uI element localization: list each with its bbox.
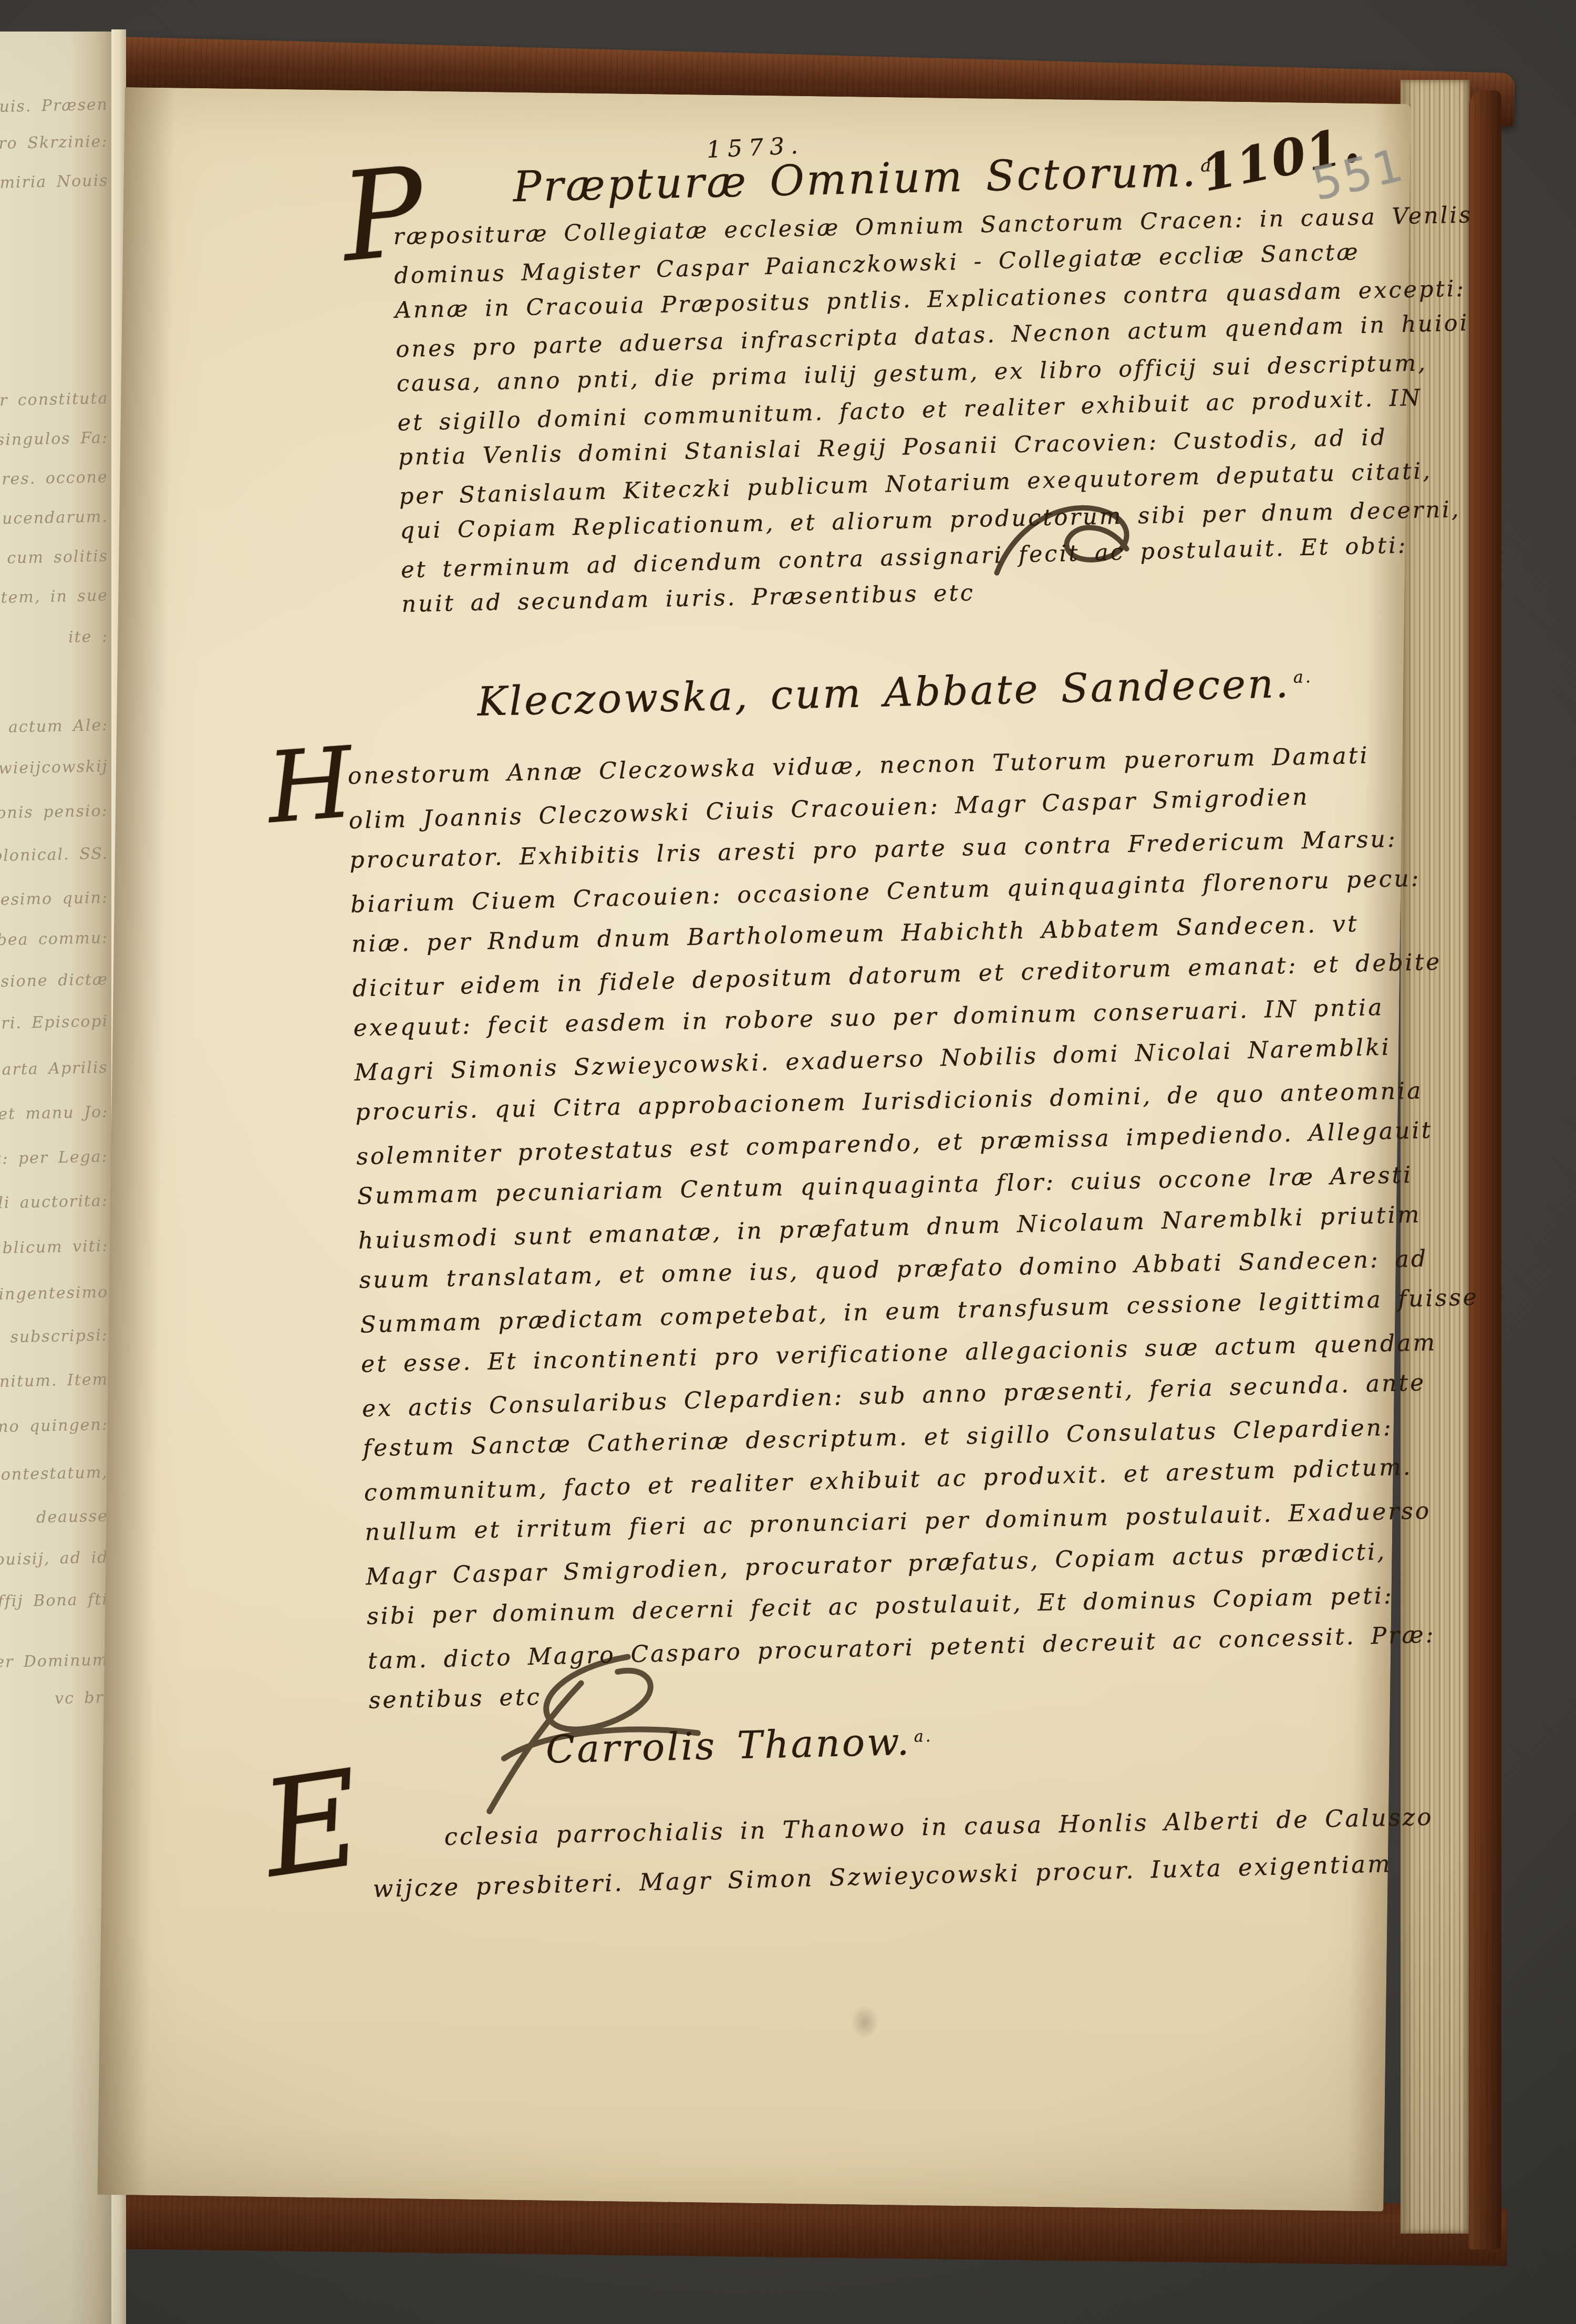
facing-fragment: personaliter constituta <box>0 389 108 412</box>
facing-fragment: deputauis. Præsen <box>0 96 108 118</box>
facing-fragment: millesimo quingentesimo <box>0 1283 108 1306</box>
heading-superscript: a. <box>914 1727 932 1746</box>
facing-fragment: reformacionis pensio: <box>0 802 108 824</box>
facing-fragment: Imperiali auctorita: <box>0 1191 108 1213</box>
facing-fragment: vc br. <box>55 1688 109 1708</box>
entry-heading: Præpturæ Omnium Sctorum.a. <box>512 147 1221 212</box>
entry-heading: Kleczowska, cum Abbate Sandecen.a. <box>477 659 1313 725</box>
facing-fragment: quingentesimo quin: <box>0 888 108 910</box>
facing-page-text: deputauis. PræsenCasparo Skrzinie:à Sand… <box>0 32 111 2324</box>
entry-body: onestorum Annæ Cleczowska viduæ, necnon … <box>347 731 1488 1723</box>
facing-fragment: omnes et singulos Fa: <box>0 429 108 451</box>
facing-fragment: polonical. SS. <box>0 844 108 865</box>
facing-fragment: Simon Swieijcowskij <box>0 757 108 779</box>
entry-body: ræposituræ Collegiatæ ecclesiæ Omnium Sa… <box>393 195 1481 624</box>
facing-fragment: contestatum, <box>0 1464 108 1485</box>
heading-superscript: a. <box>1293 667 1313 687</box>
facing-fragment: die quarta Aprilis <box>0 1059 108 1081</box>
facing-fragment: Casparo Skrzinie: <box>0 132 108 154</box>
facing-fragment: causa deducendarum. <box>0 507 108 530</box>
drop-cap-initial: E <box>257 1767 367 1883</box>
facing-fragment: actum Ale: <box>8 716 108 736</box>
heading-superscript: a. <box>1200 154 1221 175</box>
facing-fragment: ijowski ptem, in sue <box>0 586 108 609</box>
manuscript-page: 1573. 1101. PPræpturæ Omnium Sctorum.a.r… <box>97 87 1411 2212</box>
facing-fragment: occasione dictæ <box>0 970 108 992</box>
facing-fragment: signo et subscripsi: <box>0 1326 108 1348</box>
entry-heading-text: Carrolis Thanow. <box>545 1719 911 1772</box>
facing-fragment: à Sandomiria Nouis <box>0 171 108 193</box>
entry-heading-text: Præpturæ Omnium Sctorum. <box>512 147 1198 212</box>
facing-fragment: subscript: per Lega: <box>0 1147 108 1170</box>
facing-fragment: per Dominum <box>0 1651 108 1672</box>
smudge-mark <box>846 1999 884 2045</box>
drop-cap-initial: H <box>265 744 356 826</box>
facing-fragment: proffij Bona fti <box>0 1590 108 1612</box>
facing-fragment: millesimo quingen: <box>0 1416 108 1438</box>
facing-fragment: prouisij, ad id <box>0 1548 108 1569</box>
text-layer: 1573. 1101. PPræpturæ Omnium Sctorum.a.r… <box>119 65 1453 2201</box>
entry-heading: Carrolis Thanow.a. <box>545 1719 933 1772</box>
facing-fragment: mendati. cum solitis <box>0 547 108 569</box>
facing-fragment: bulla plumbea commu: <box>0 929 108 951</box>
facing-fragment: manat: et manu Jo: <box>0 1103 108 1125</box>
facing-fragment: ite : <box>68 627 109 647</box>
facing-fragment: Piccatori. Episcopi <box>0 1012 108 1034</box>
facing-fragment: communitum. Item <box>0 1371 108 1393</box>
facing-fragment: deausse <box>36 1507 108 1527</box>
facing-fragment: publicum viti: <box>0 1237 108 1258</box>
entry-heading-text: Kleczowska, cum Abbate Sandecen. <box>477 660 1291 725</box>
facing-fragment: et successores. occone <box>0 468 108 491</box>
